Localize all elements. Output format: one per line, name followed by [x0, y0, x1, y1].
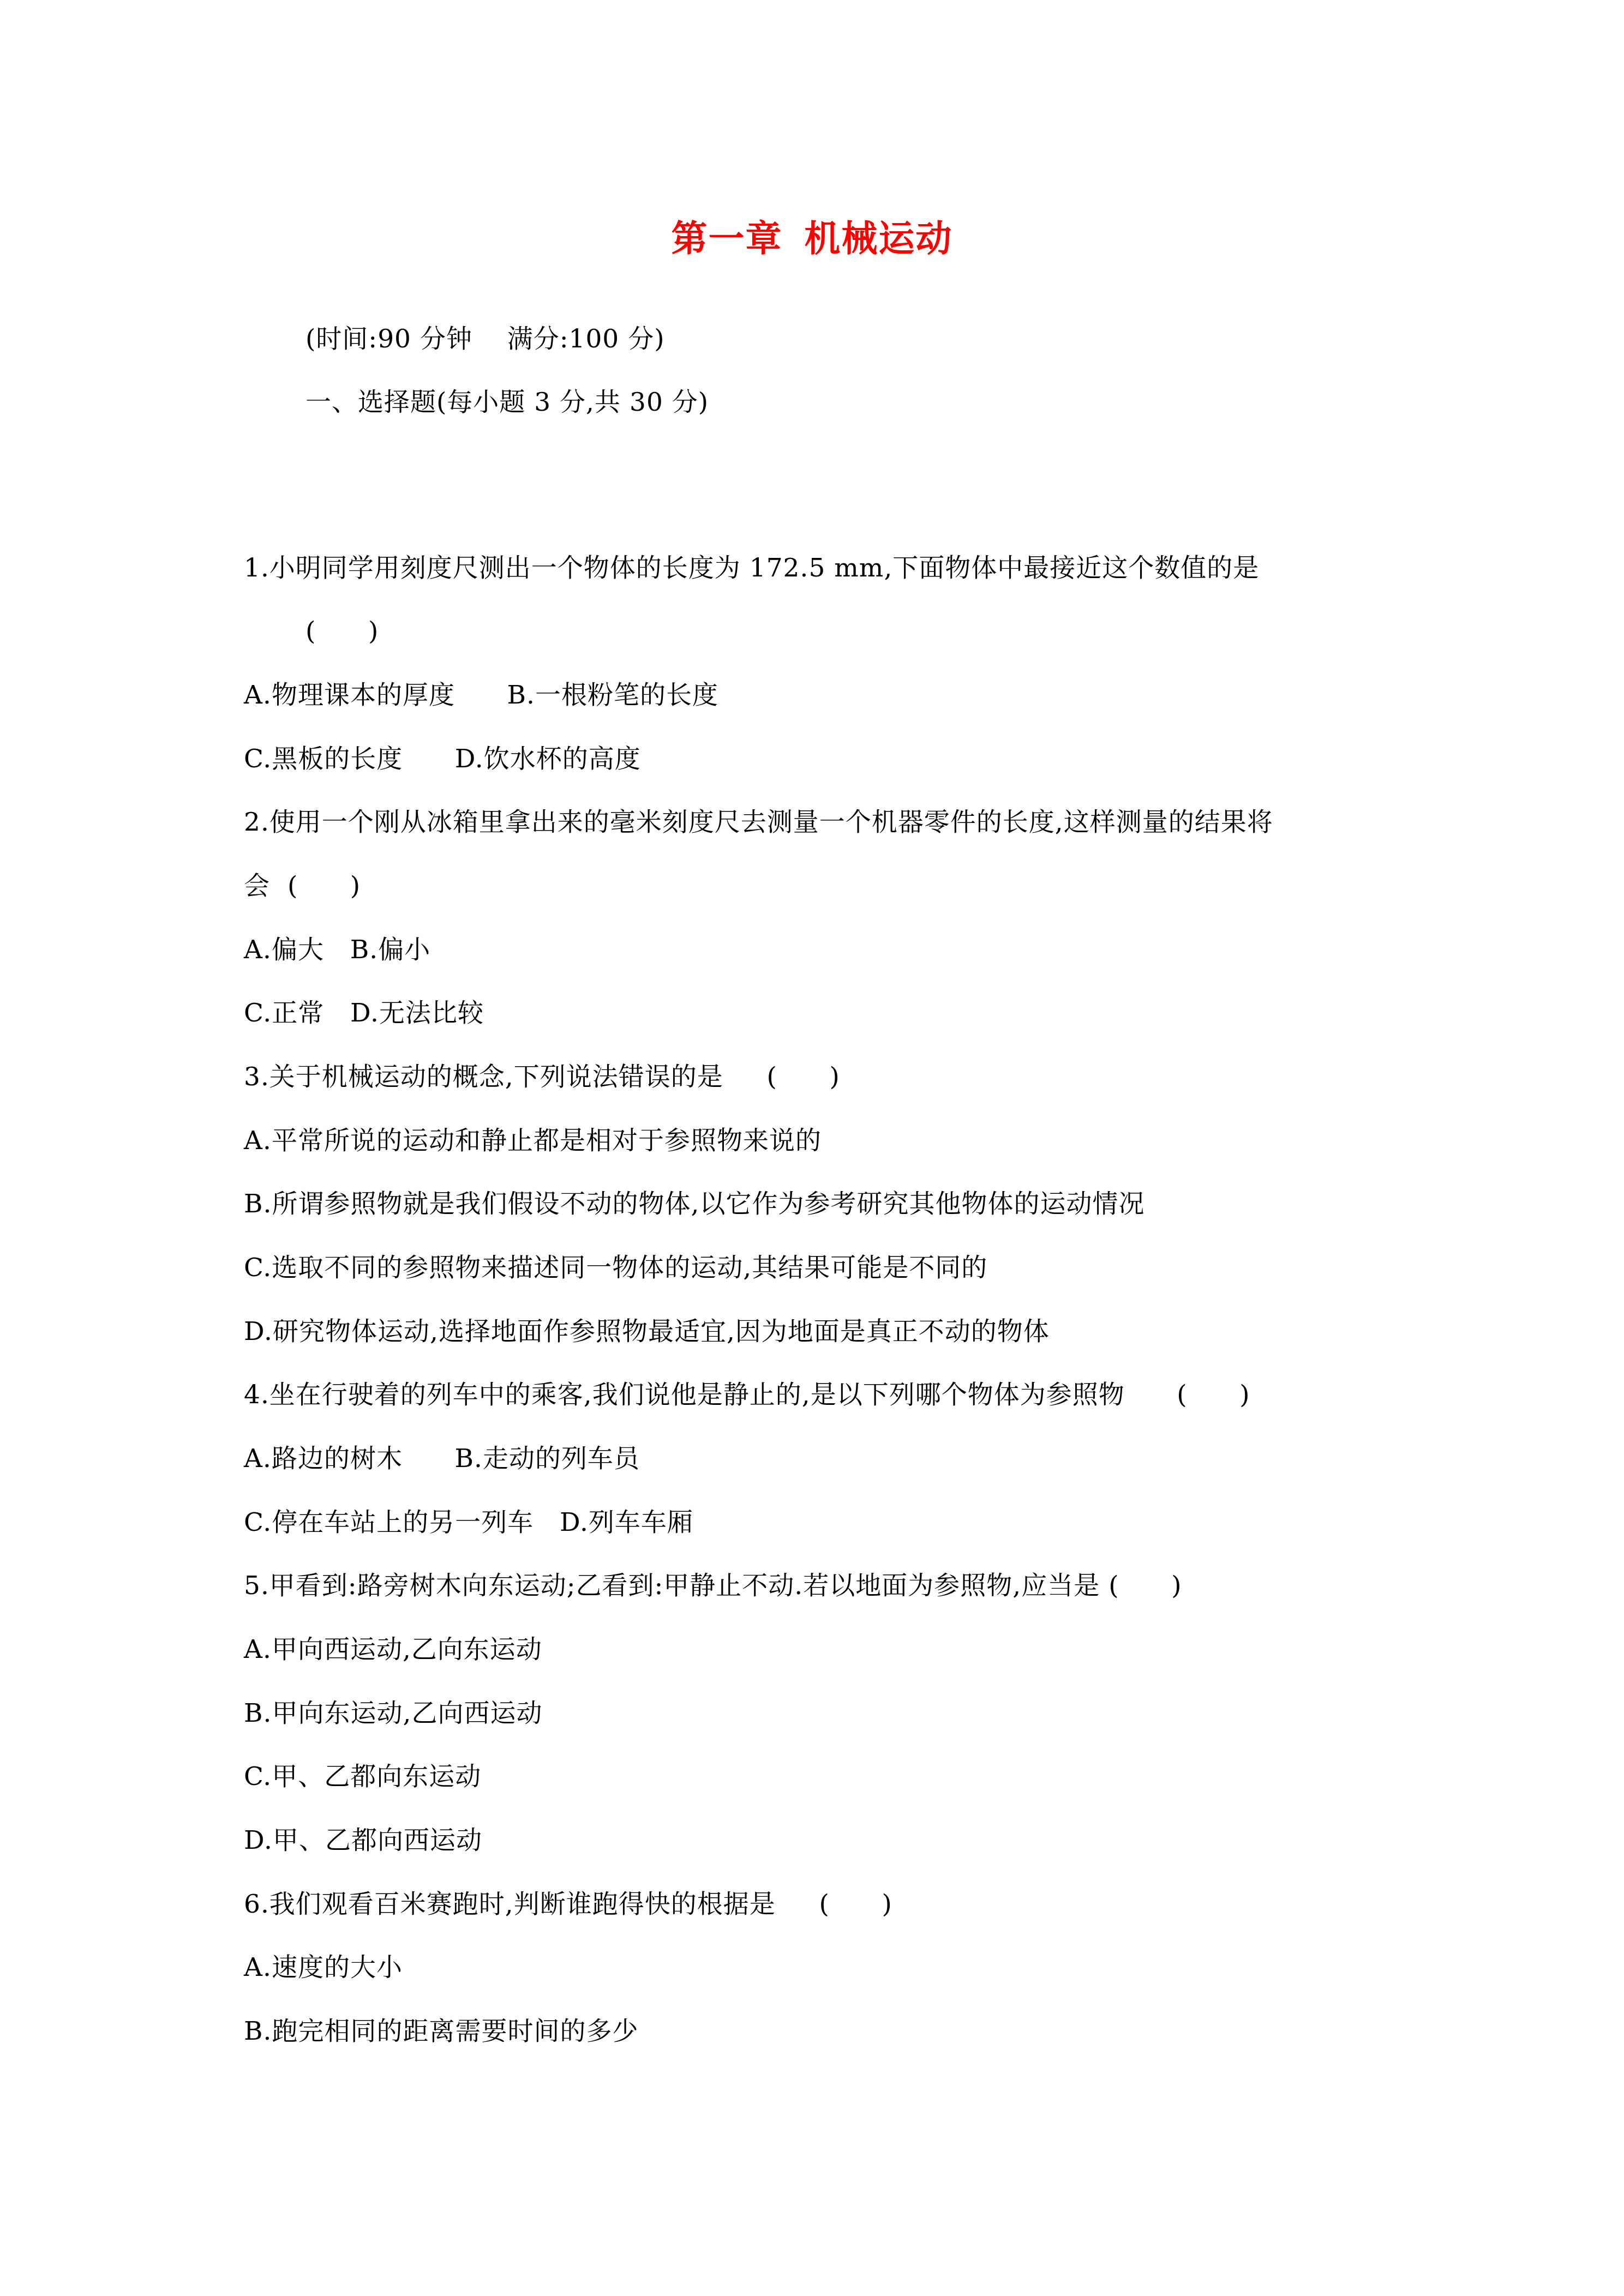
question-3-option-a: A.平常所说的运动和静止都是相对于参照物来说的 [244, 1125, 822, 1157]
question-1-options-cd: C.黑板的长度 D.饮水杯的高度 [244, 743, 641, 776]
question-1-options-ab: A.物理课本的厚度 B.一根粉笔的长度 [244, 679, 718, 712]
question-5-stem: 5.甲看到:路旁树木向东运动;乙看到:甲静止不动.若以地面为参照物,应当是 ( … [244, 1570, 1182, 1602]
question-6-stem: 6.我们观看百米赛跑时,判断谁跑得快的根据是 ( ) [244, 1888, 892, 1921]
question-4-options-ab: A.路边的树木 B.走动的列车员 [244, 1442, 640, 1475]
question-6-option-b: B.跑完相同的距离需要时间的多少 [244, 2015, 638, 2048]
question-1-answer-bracket: ( ) [305, 615, 379, 648]
question-3-stem: 3.关于机械运动的概念,下列说法错误的是 ( ) [244, 1061, 840, 1093]
chapter-title: 第一章机械运动 [0, 214, 1624, 263]
document-page: 第一章机械运动 (时间:90 分钟 满分:100 分) 一、选择题(每小题 3 … [0, 0, 1624, 2296]
chapter-name: 机械运动 [805, 217, 953, 260]
exam-info: (时间:90 分钟 满分:100 分) [305, 323, 665, 356]
question-3-option-b: B.所谓参照物就是我们假设不动的物体,以它作为参考研究其他物体的运动情况 [244, 1188, 1144, 1221]
question-4-stem: 4.坐在行驶着的列车中的乘客,我们说他是静止的,是以下列哪个物体为参照物 ( ) [244, 1379, 1250, 1411]
question-2-options-ab: A.偏大 B.偏小 [244, 934, 430, 966]
question-1-stem: 1.小明同学用刻度尺测出一个物体的长度为 172.5 mm,下面物体中最接近这个… [244, 552, 1259, 585]
question-4-options-cd: C.停在车站上的另一列车 D.列车车厢 [244, 1506, 693, 1539]
question-2-stem-cont: 会 ( ) [244, 870, 361, 903]
section-heading: 一、选择题(每小题 3 分,共 30 分) [305, 386, 709, 419]
question-5-option-c: C.甲、乙都向东运动 [244, 1760, 481, 1793]
question-5-option-d: D.甲、乙都向西运动 [244, 1824, 482, 1857]
question-5-option-a: A.甲向西运动,乙向东运动 [244, 1633, 542, 1666]
question-5-option-b: B.甲向东运动,乙向西运动 [244, 1697, 542, 1730]
question-2-stem: 2.使用一个刚从冰箱里拿出来的毫米刻度尺去测量一个机器零件的长度,这样测量的结果… [244, 806, 1273, 839]
question-3-option-c: C.选取不同的参照物来描述同一物体的运动,其结果可能是不同的 [244, 1252, 987, 1284]
chapter-number: 第一章 [672, 217, 783, 260]
question-2-options-cd: C.正常 D.无法比较 [244, 997, 484, 1030]
question-3-option-d: D.研究物体运动,选择地面作参照物最适宜,因为地面是真正不动的物体 [244, 1315, 1050, 1348]
question-6-option-a: A.速度的大小 [244, 1951, 403, 1984]
